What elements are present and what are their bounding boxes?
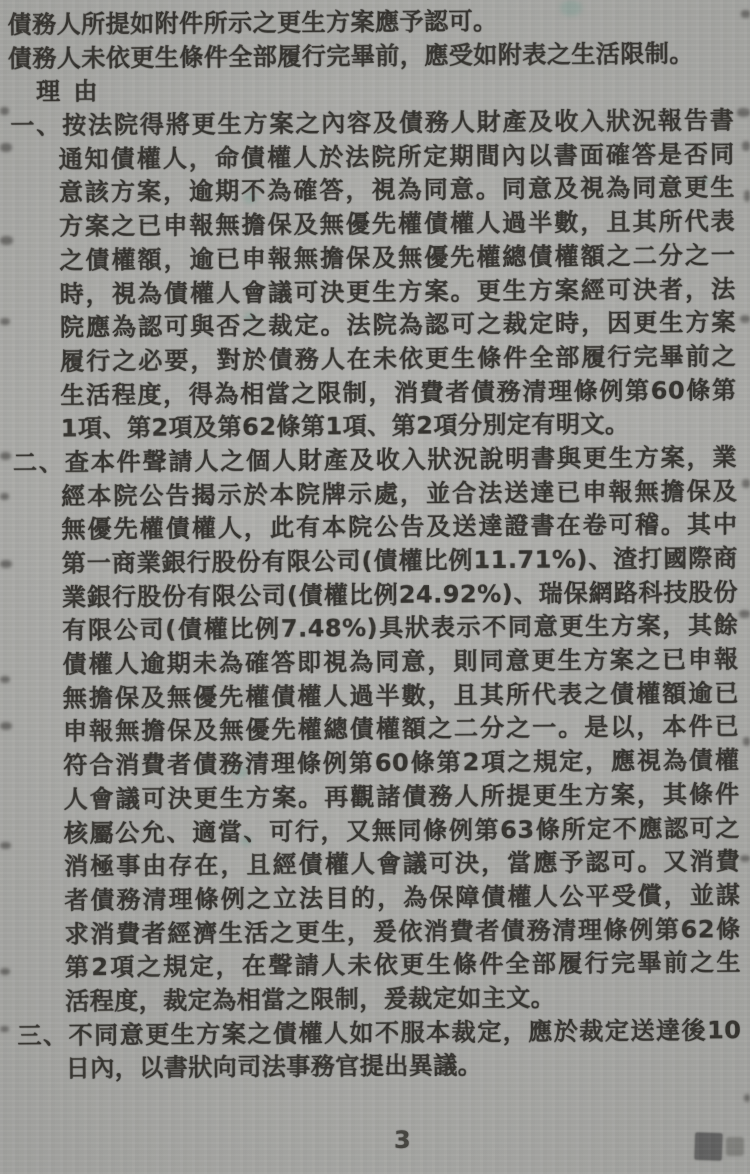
corner-ghost-mark [726, 1137, 744, 1156]
text-line: 求消費者經濟生活之更生，爰依消費者債務清理條例第62條 [15, 913, 741, 952]
text-line: 核屬公允、適當、可行，又無同條例第63條所定不應認可之 [14, 812, 740, 851]
text-line: 二、查本件聲請人之個人財產及收入狀況說明書與更生方案，業 [11, 441, 737, 480]
text-line: 消極事由存在，且經債權人會議可決，當應予認可。又消費 [14, 845, 740, 884]
text-line: 債務人未依更生條件全部履行完畢前，應受如附表之生活限制。 [8, 37, 734, 76]
text-line: 第一商業銀行股份有限公司(債權比例11.71%)、渣打國際商 [12, 542, 738, 581]
text-line: 理 由 [8, 71, 734, 110]
text-line: 三、不同意更生方案之債權人如不服本裁定，應於裁定送達後10 [15, 1014, 741, 1053]
text-line: 活程度，裁定為相當之限制，爰裁定如主文。 [15, 980, 741, 1019]
text-line: 意該方案，逾期不為確答，視為同意。同意及視為同意更生 [9, 172, 735, 211]
text-line: 債權人逾期未為確答即視為同意，則同意更生方案之已申報 [12, 643, 738, 682]
text-line: 債務人所提如附件所示之更生方案應予認可。 [7, 3, 733, 42]
text-line: 生活程度，得為相當之限制，消費者債務清理條例第60條第 [10, 374, 736, 413]
text-line: 日內，以書狀向司法事務官提出異議。 [16, 1047, 742, 1086]
corner-stamp [695, 1133, 723, 1161]
text-line: 之債權額，逾已申報無擔保及無優先權總債權額之二分之一 [9, 239, 735, 278]
scanned-document-page: 債務人所提如附件所示之更生方案應予認可。債務人未依更生條件全部履行完畢前，應受如… [0, 0, 750, 1174]
text-line: 第2項之規定，在聲請人未依更生條件全部履行完畢前之生 [15, 946, 741, 985]
text-line: 符合消費者債務清理條例第60條第2項之規定，應視為債權 [13, 744, 739, 783]
text-line: 者債務清理條例之立法目的，為保障債權人公平受償，並謀 [14, 879, 740, 918]
text-line: 方案之已申報無擔保及無優先權債權人過半數，且其所代表 [9, 205, 735, 244]
text-line: 申報無擔保及無優先權總債權額之二分之一。是以，本件已 [13, 711, 739, 750]
text-line: 經本院公告揭示於本院牌示處，並合法送達已申報無擔保及 [11, 475, 737, 514]
text-line: 1項、第2項及第62條第1項、第2項分別定有明文。 [11, 407, 737, 446]
text-line: 履行之必要，對於債務人在未依更生條件全部履行完畢前之 [10, 340, 736, 379]
text-line: 無優先權債權人，此有本院公告及送達證書在卷可稽。其中 [11, 508, 737, 547]
text-line: 無擔保及無優先權債權人過半數，且其所代表之債權額逾已 [13, 677, 739, 716]
document-lines: 債務人所提如附件所示之更生方案應予認可。債務人未依更生條件全部履行完畢前，應受如… [0, 0, 750, 1174]
text-line: 人會議可決更生方案。再觀諸債務人所提更生方案，其條件 [14, 778, 740, 817]
text-line: 有限公司(債權比例7.48%)具狀表示不同意更生方案，其餘 [12, 610, 738, 649]
text-line: 業銀行股份有限公司(債權比例24.92%)、瑞保網路科技股份 [12, 576, 738, 615]
text-line: 通知債權人，命債權人於法院所定期間內以書面確答是否同 [9, 138, 735, 177]
text-line: 院應為認可與否之裁定。法院為認可之裁定時，因更生方案 [10, 306, 736, 345]
text-line: 時，視為債權人會議可決更生方案。更生方案經可決者，法 [10, 273, 736, 312]
text-line: 一、按法院得將更生方案之內容及債務人財產及收入狀況報告書 [8, 104, 734, 143]
